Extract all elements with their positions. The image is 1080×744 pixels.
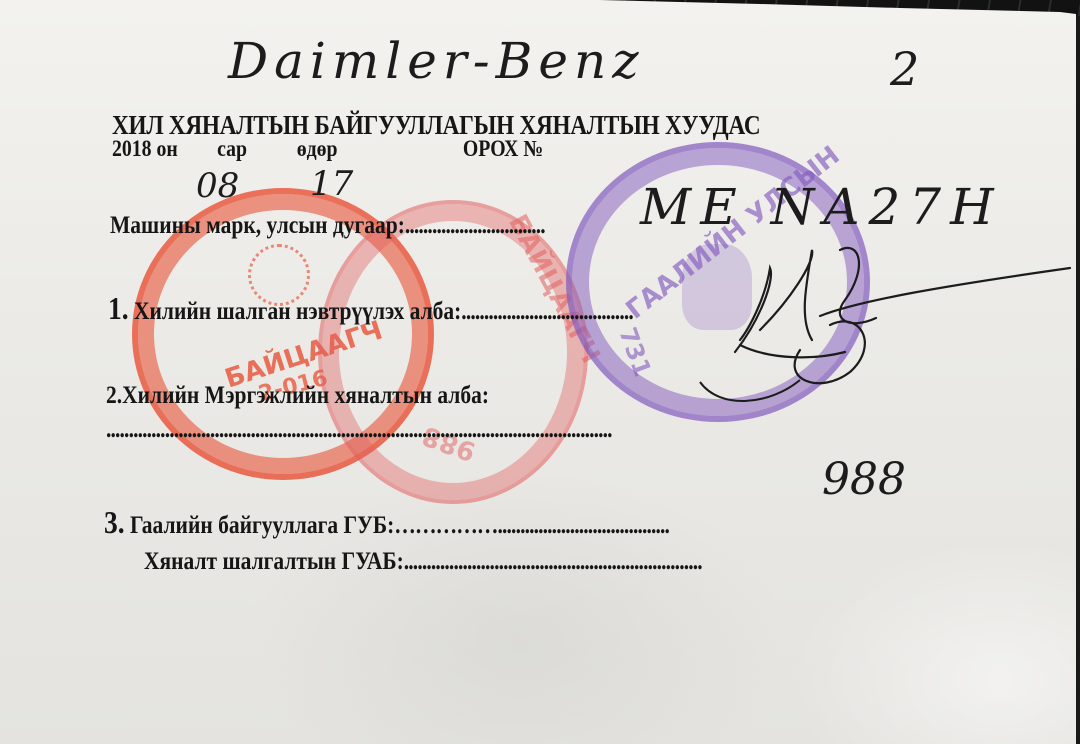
signature-icon xyxy=(735,248,1070,383)
signature-layer xyxy=(0,0,1080,744)
inspection-sheet: БАЙЦААГЧ 2-016 БАЙЦААГЧ 988 ГААЛИЙН УЛСЫ… xyxy=(0,0,1080,744)
signature-flourish-icon xyxy=(700,380,800,401)
